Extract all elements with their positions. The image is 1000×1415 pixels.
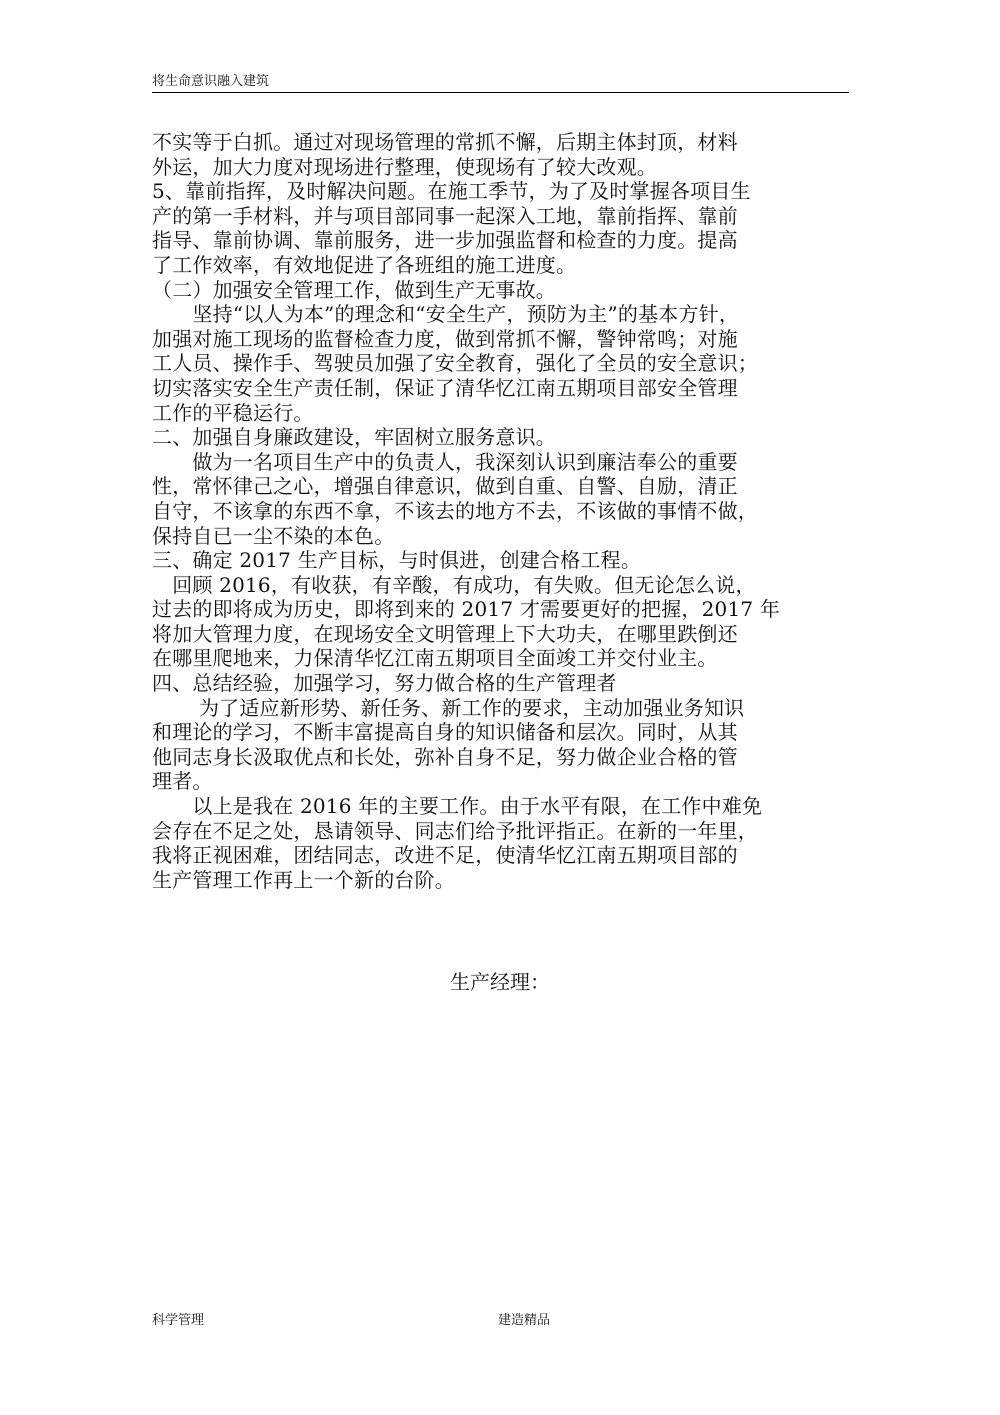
- signature-label: 生产经理：: [0, 970, 1000, 994]
- body-line: 他同志身长汲取优点和长处，弥补自身不足，努力做企业合格的管: [152, 745, 849, 770]
- body-line: 产的第一手材料，并与项目部同事一起深入工地，靠前指挥、靠前: [152, 204, 849, 229]
- page-header: 将生命意识融入建筑: [152, 74, 849, 93]
- body-line: 会存在不足之处，恳请领导、同志们给予批评指正。在新的一年里，: [152, 819, 849, 844]
- body-line: 不实等于白抓。通过对现场管理的常抓不懈，后期主体封顶，材料: [152, 130, 849, 155]
- body-line: 外运，加大力度对现场进行整理，使现场有了较大改观。: [152, 155, 849, 180]
- body-line: 将加大管理力度，在现场安全文明管理上下大功夫，在哪里跌倒还: [152, 622, 849, 647]
- body-line: 做为一名项目生产中的负责人，我深刻认识到廉洁奉公的重要: [152, 450, 849, 475]
- header-title: 将生命意识融入建筑: [152, 74, 849, 92]
- body-line: 和理论的学习，不断丰富提高自身的知识储备和层次。同时，从其: [152, 720, 849, 745]
- body-line: 回顾 2016，有收获，有辛酸，有成功，有失败。但无论怎么说，: [152, 573, 849, 598]
- section-heading: 二、加强自身廉政建设，牢固树立服务意识。: [152, 425, 849, 450]
- body-line: 为了适应新形势、新任务、新工作的要求，主动加强业务知识: [152, 696, 849, 721]
- body-line: 我将正视困难，团结同志，改进不足，使清华忆江南五期项目部的: [152, 843, 849, 868]
- body-line: 指导、靠前协调、靠前服务，进一步加强监督和检查的力度。提高: [152, 228, 849, 253]
- body-line: 以上是我在 2016 年的主要工作。由于水平有限，在工作中难免: [152, 794, 849, 819]
- section-heading: （二）加强安全管理工作，做到生产无事故。: [152, 278, 849, 303]
- body-line: 在哪里爬地来，力保清华忆江南五期项目全面竣工并交付业主。: [152, 646, 849, 671]
- footer-right-text: 建造精品: [498, 1313, 550, 1329]
- body-line: 保持自已一尘不染的本色。: [152, 524, 849, 549]
- document-body: 不实等于白抓。通过对现场管理的常抓不懈，后期主体封顶，材料 外运，加大力度对现场…: [152, 130, 849, 892]
- footer-left-text: 科学管理: [152, 1313, 204, 1329]
- body-line: 5、靠前指挥，及时解决问题。在施工季节，为了及时掌握各项目生: [152, 179, 849, 204]
- section-heading: 三、确定 2017 生产目标，与时俱进，创建合格工程。: [152, 548, 849, 573]
- body-line: 工人员、操作手、驾驶员加强了安全教育，强化了全员的安全意识；: [152, 351, 849, 376]
- body-line: 了工作效率，有效地促进了各班组的施工进度。: [152, 253, 849, 278]
- section-heading: 四、总结经验，加强学习，努力做合格的生产管理者: [152, 671, 849, 696]
- body-line: 性，常怀律己之心，增强自律意识，做到自重、自警、自励，清正: [152, 474, 849, 499]
- body-line: 生产管理工作再上一个新的台阶。: [152, 868, 849, 893]
- body-line: 加强对施工现场的监督检查力度，做到常抓不懈，警钟常鸣；对施: [152, 327, 849, 352]
- body-line: 工作的平稳运行。: [152, 401, 849, 426]
- header-rule: [152, 92, 849, 93]
- body-line: 坚持“以人为本”的理念和“安全生产，预防为主”的基本方针，: [152, 302, 849, 327]
- body-line: 理者。: [152, 769, 849, 794]
- body-line: 过去的即将成为历史，即将到来的 2017 才需要更好的把握，2017 年: [152, 597, 849, 622]
- body-line: 自守，不该拿的东西不拿，不该去的地方不去，不该做的事情不做，: [152, 499, 849, 524]
- body-line: 切实落实安全生产责任制，保证了清华忆江南五期项目部安全管理: [152, 376, 849, 401]
